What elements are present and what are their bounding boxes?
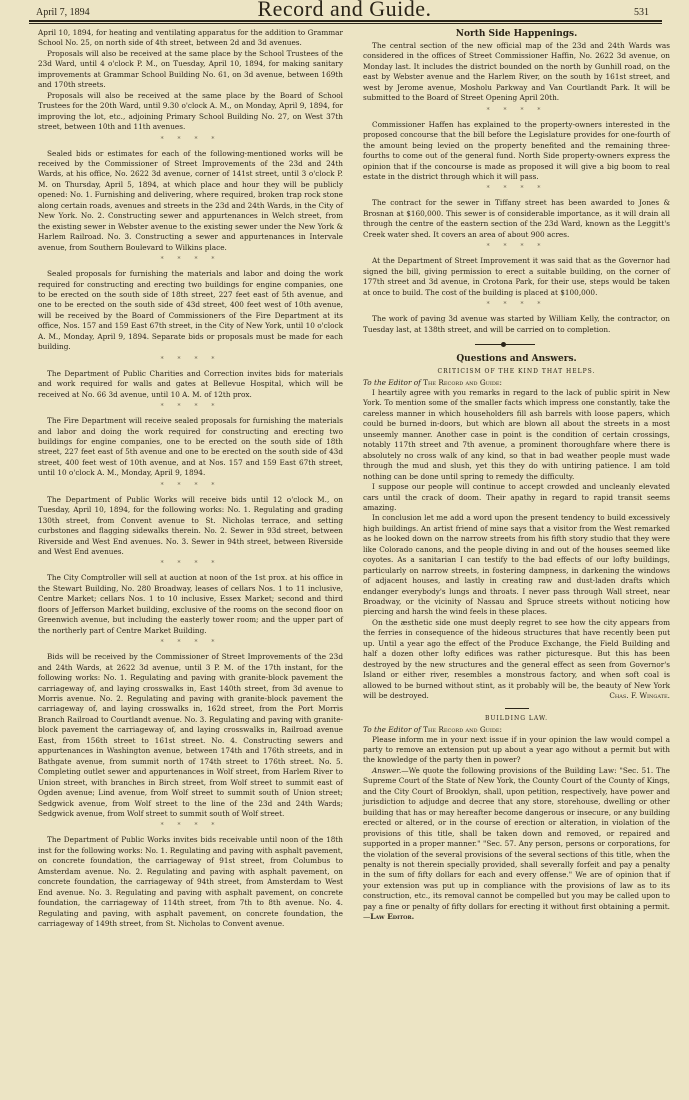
letter-paragraph: On the æsthetic side one must deeply reg… bbox=[363, 618, 670, 702]
answer-paragraph: Answer.—We quote the following provision… bbox=[363, 766, 670, 923]
article-paragraph: The central section of the new official … bbox=[363, 41, 670, 104]
letter-paragraph: In conclusion let me add a word upon the… bbox=[363, 513, 670, 618]
answer-label: Answer. bbox=[372, 766, 401, 775]
question-paragraph: Please inform me in your next issue if i… bbox=[363, 735, 670, 766]
article-paragraph: The work of paving 3d avenue was started… bbox=[363, 314, 670, 335]
section-heading-north-side: North Side Happenings. bbox=[363, 28, 670, 40]
article-paragraph: Bids will be received by the Commissione… bbox=[38, 652, 343, 819]
article-paragraph: Proposals will also be received at the s… bbox=[38, 49, 343, 91]
left-column: April 10, 1894, for heating and ventilat… bbox=[38, 28, 343, 930]
article-paragraph: The contract for the sewer in Tiffany st… bbox=[363, 198, 670, 240]
article-paragraph: The Department of Public Charities and C… bbox=[38, 369, 343, 400]
answer-signature: Law Editor. bbox=[370, 912, 414, 921]
section-separator: * * * * bbox=[363, 299, 670, 310]
section-separator: * * * * bbox=[38, 354, 343, 365]
letter-salutation: To the Editor of The Record and Guide: bbox=[363, 377, 670, 388]
article-paragraph: Proposals will also be received at the s… bbox=[38, 91, 343, 133]
letter-subheading: Criticism of the kind that helps. bbox=[363, 366, 670, 377]
divider-dot bbox=[501, 342, 506, 347]
article-paragraph: Sealed bids or estimates for each of the… bbox=[38, 149, 343, 254]
article-paragraph: The Department of Public Works invites b… bbox=[38, 835, 343, 929]
publication-title: Record and Guide. bbox=[0, 0, 689, 22]
article-paragraph: April 10, 1894, for heating and ventilat… bbox=[38, 28, 343, 49]
salutation-name: The Record and Guide: bbox=[423, 378, 502, 387]
letter-salutation: To the Editor of The Record and Guide: bbox=[363, 724, 670, 735]
section-separator: * * * * bbox=[363, 183, 670, 194]
newspaper-page: April 7, 1894 Record and Guide. 531 Apri… bbox=[0, 0, 689, 1100]
right-column: North Side Happenings. The central secti… bbox=[363, 28, 670, 923]
section-separator: * * * * bbox=[38, 820, 343, 831]
building-law-subheading: Building Law. bbox=[363, 713, 670, 724]
section-separator: * * * * bbox=[38, 558, 343, 569]
salutation-prefix: To the Editor of bbox=[363, 725, 421, 734]
masthead-rule-thin bbox=[29, 23, 662, 24]
short-divider bbox=[505, 708, 529, 709]
ornamental-divider bbox=[363, 339, 670, 351]
salutation-prefix: To the Editor of bbox=[363, 378, 421, 387]
section-separator: * * * * bbox=[363, 241, 670, 252]
letter-paragraph: I heartily agree with you remarks in reg… bbox=[363, 388, 670, 482]
masthead-rule-thick bbox=[29, 20, 662, 22]
article-paragraph: Commissioner Haffen has explained to the… bbox=[363, 120, 670, 183]
page-number: 531 bbox=[634, 7, 649, 18]
article-paragraph: The City Comptroller will sell at auctio… bbox=[38, 573, 343, 636]
section-separator: * * * * bbox=[38, 480, 343, 491]
section-separator: * * * * bbox=[38, 401, 343, 412]
article-paragraph: At the Department of Street Improvement … bbox=[363, 256, 670, 298]
article-paragraph: Sealed proposals for furnishing the mate… bbox=[38, 269, 343, 353]
salutation-name: The Record and Guide: bbox=[423, 725, 502, 734]
article-paragraph: The Department of Public Works will rece… bbox=[38, 495, 343, 558]
article-paragraph: The Fire Department will receive sealed … bbox=[38, 416, 343, 479]
section-separator: * * * * bbox=[38, 254, 343, 265]
letter-paragraph: I suppose our people will continue to ac… bbox=[363, 482, 670, 513]
section-separator: * * * * bbox=[38, 637, 343, 648]
section-heading-questions: Questions and Answers. bbox=[363, 353, 670, 365]
answer-text: —We quote the following provisions of th… bbox=[363, 766, 670, 921]
section-separator: * * * * bbox=[363, 105, 670, 116]
letter-paragraph-text: On the æsthetic side one must deeply reg… bbox=[363, 618, 670, 700]
letter-signature: Chas. F. Wingate. bbox=[600, 691, 670, 701]
section-separator: * * * * bbox=[38, 134, 343, 145]
